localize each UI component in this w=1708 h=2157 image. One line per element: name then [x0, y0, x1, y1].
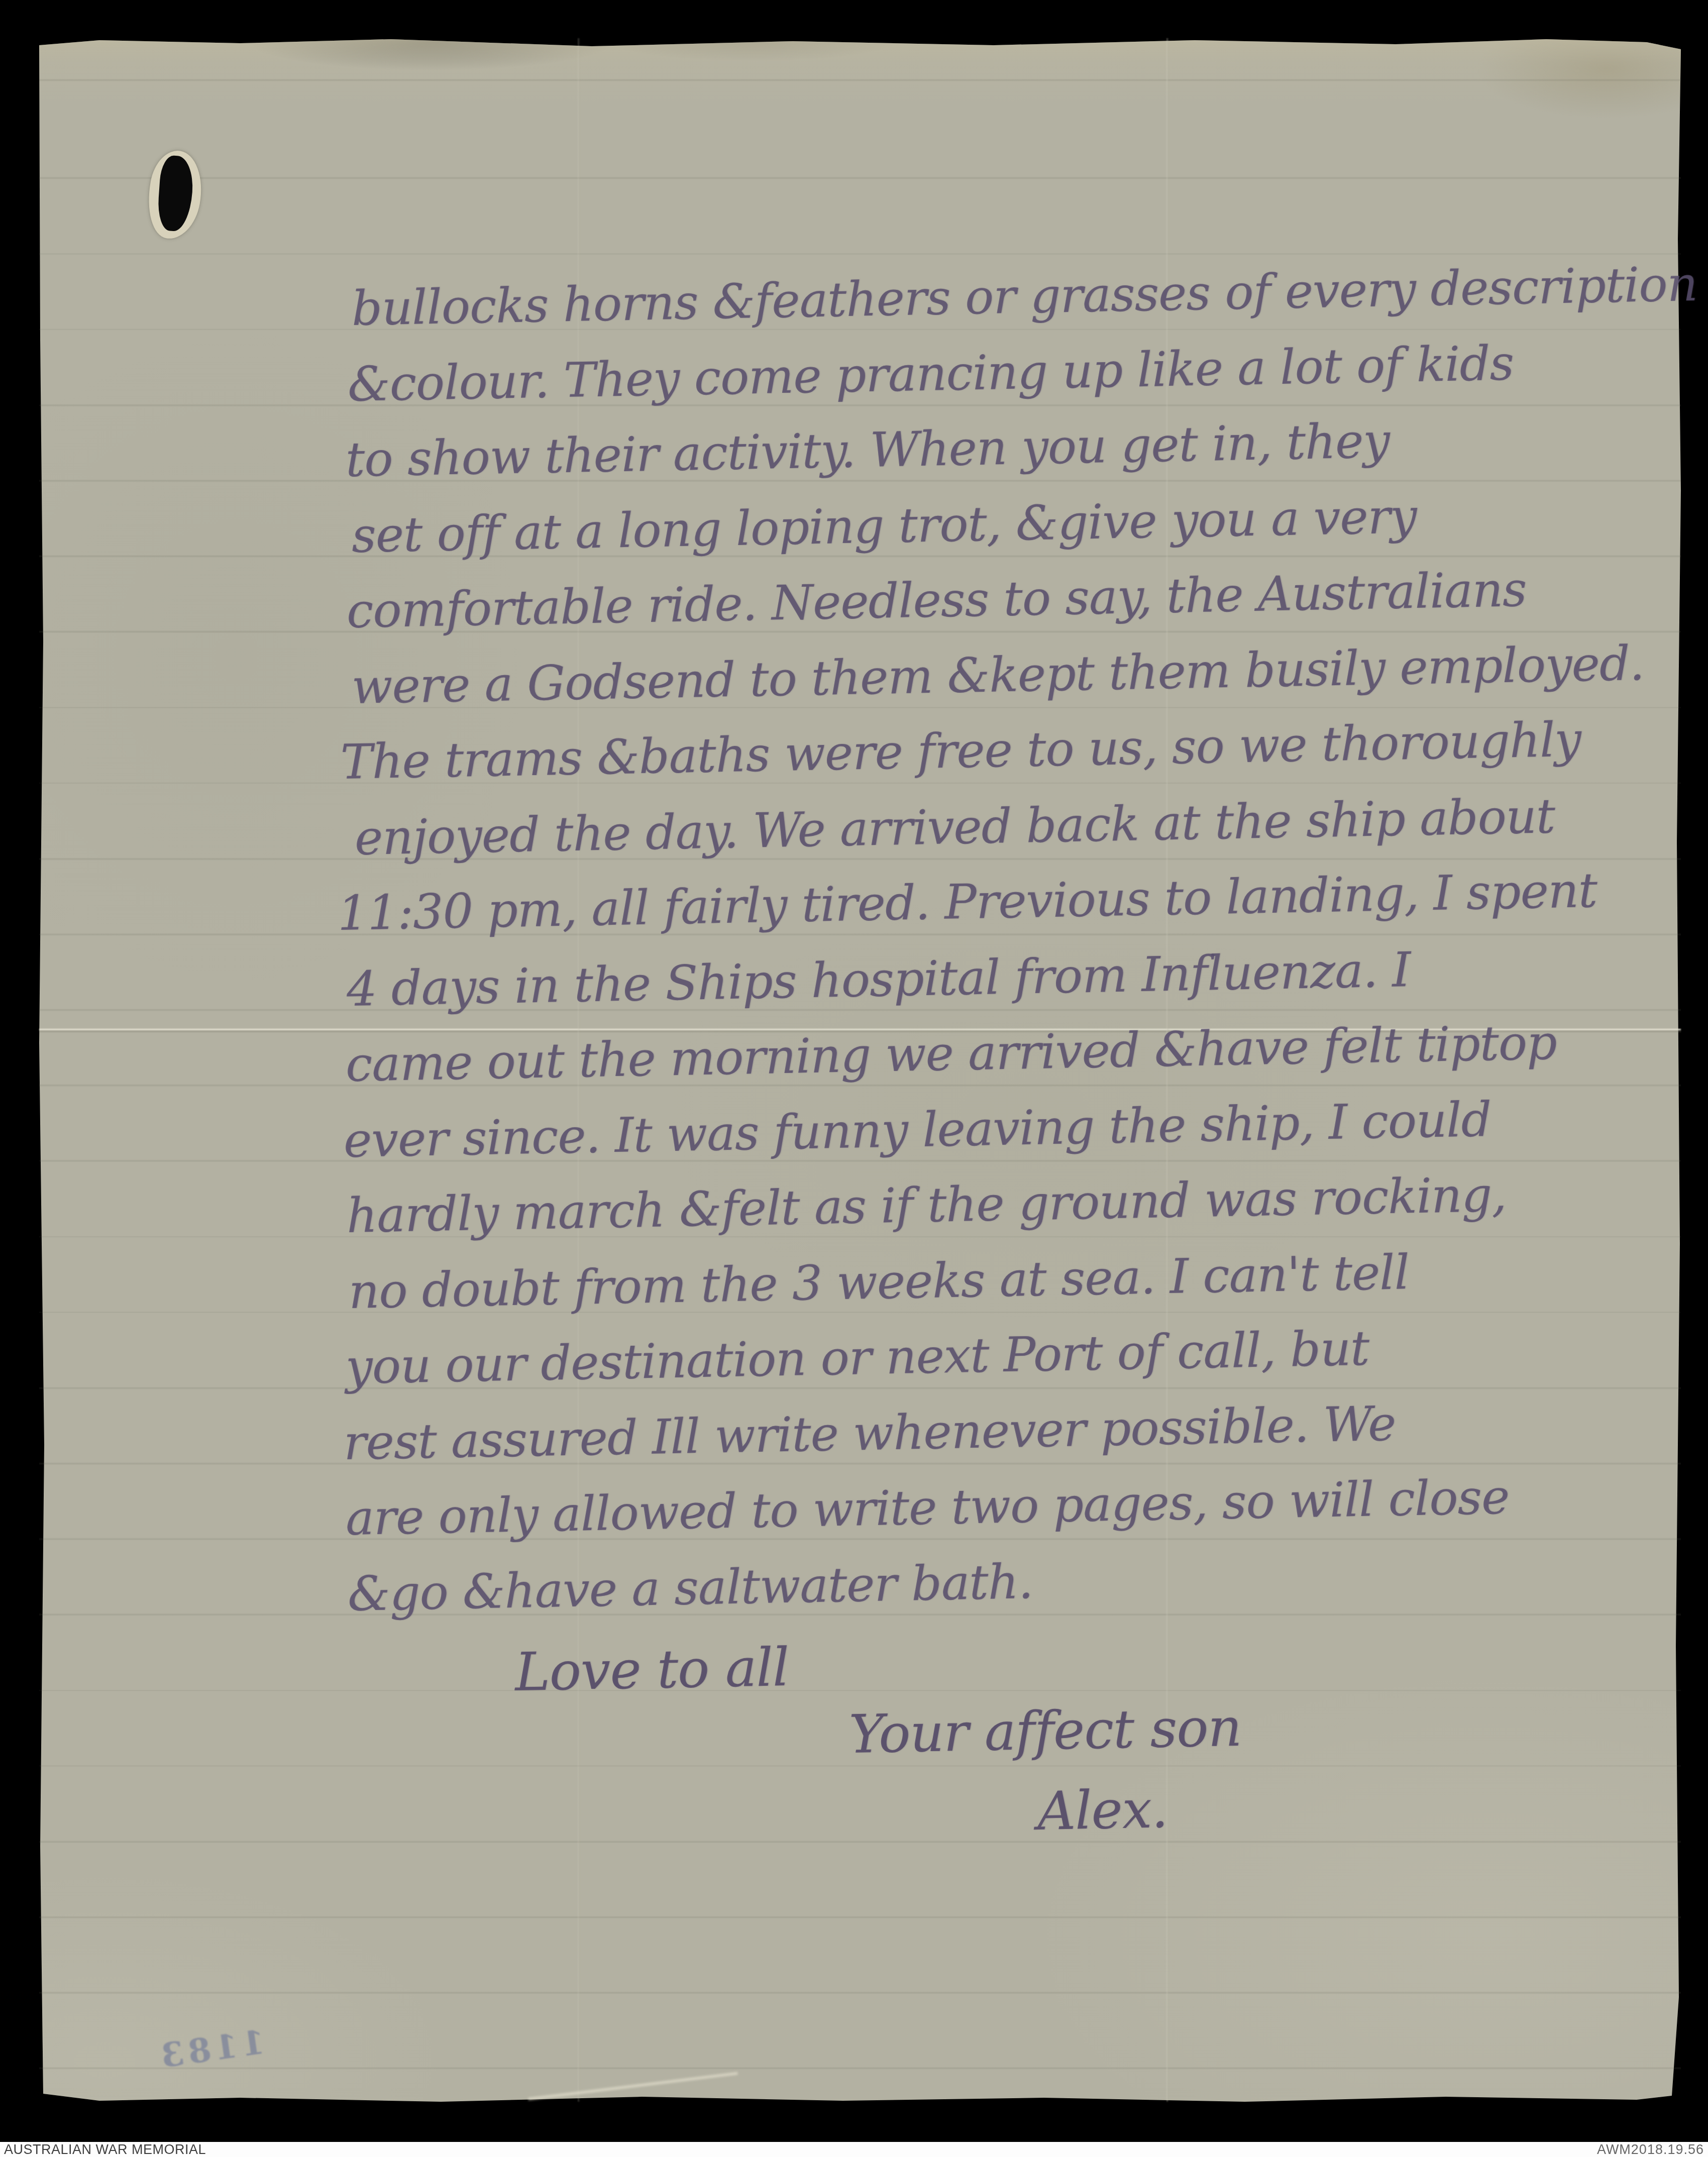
torn-hole-void [156, 155, 194, 232]
letter-signoff: Your affect son [848, 1697, 1242, 1765]
scan-background: bullocks horns &feathers or grasses of e… [0, 0, 1708, 2157]
archive-name: AUSTRALIAN WAR MEMORIAL [4, 2142, 206, 2157]
accession-number: AWM2018.19.56 [1597, 2142, 1704, 2157]
letter-signature: Alex. [1037, 1778, 1168, 1842]
archive-footer: AUSTRALIAN WAR MEMORIAL AWM2018.19.56 [0, 2142, 1708, 2157]
letter-closing: Love to all [514, 1637, 789, 1703]
